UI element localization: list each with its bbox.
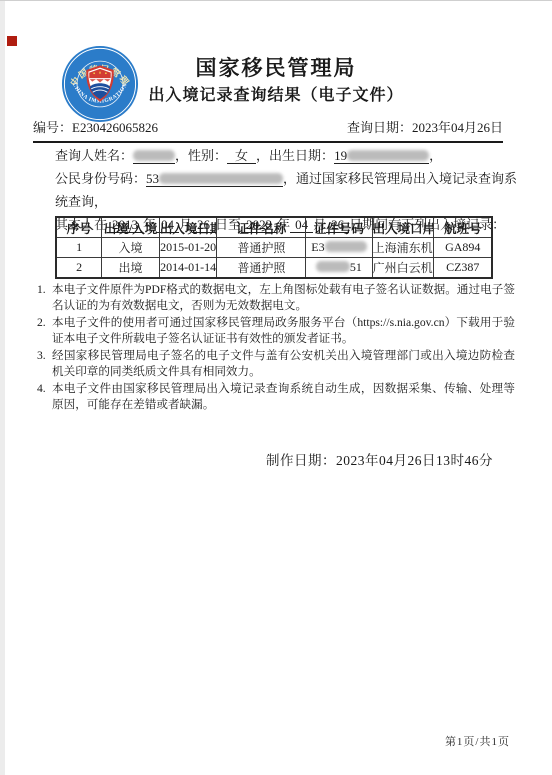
birth-redaction-blur bbox=[347, 150, 429, 161]
doc-number-value: E230426065826 bbox=[72, 120, 158, 135]
query-date-value: 2023年04月26日 bbox=[412, 120, 503, 135]
doc-no-partial-2: 51 bbox=[350, 260, 362, 274]
doc-no-redaction-1 bbox=[325, 241, 367, 252]
legal-notes: 1. 本电子文件原件为PDF格式的数据电文，左上角图标处载有电子签名认证数据。通… bbox=[37, 282, 515, 414]
query-date-label: 查询日期： bbox=[347, 120, 412, 135]
person-line-2: 公民身份号码：53，通过国家移民管理局出入境记录查询系统查询， bbox=[55, 167, 525, 213]
document-page: 中国移民管理 CHINA IMMIGRATION 国家移民管理局 出入境记录查询… bbox=[0, 0, 552, 775]
doc-number-label: 编号： bbox=[33, 120, 72, 135]
person-line-1: 查询人姓名：，性别：女，出生日期：19， bbox=[55, 144, 525, 167]
query-date: 查询日期：2023年04月26日 bbox=[347, 117, 503, 136]
cell-doc-2: 普通护照 bbox=[217, 258, 306, 279]
note-item-4: 4. 本电子文件由国家移民管理局出入境记录查询系统自动生成，因数据采集、传输、处… bbox=[37, 381, 515, 413]
cell-flight-1: GA894 bbox=[434, 238, 492, 258]
cell-seq-1: 1 bbox=[56, 238, 102, 258]
cell-direction-2: 出境 bbox=[102, 258, 160, 279]
note-item-1: 1. 本电子文件原件为PDF格式的数据电文，左上角图标处载有电子签名认证数据。通… bbox=[37, 282, 515, 314]
agency-title: 国家移民管理局 bbox=[0, 52, 552, 82]
col-date: 出入境日期 bbox=[159, 217, 217, 238]
col-flight: 航班号 bbox=[434, 217, 492, 238]
page-left-edge bbox=[0, 0, 5, 775]
name-label: 查询人姓名： bbox=[55, 148, 133, 163]
meta-row: 编号：E230426065826 查询日期：2023年04月26日 bbox=[33, 117, 503, 143]
name-redaction-blur bbox=[133, 150, 175, 161]
col-seq: 序号 bbox=[56, 217, 102, 238]
page-top-edge bbox=[0, 0, 552, 1]
cell-direction-1: 入境 bbox=[102, 238, 160, 258]
cell-doc-no-2: 51 bbox=[306, 258, 372, 279]
cell-doc-no-1: E3 bbox=[306, 238, 372, 258]
cell-date-2: 2014-01-14 bbox=[159, 258, 217, 279]
doc-no-redaction-2 bbox=[316, 261, 350, 272]
cell-port-1: 上海浦东机场 bbox=[372, 238, 434, 258]
note-number: 3. bbox=[37, 348, 52, 380]
id-label: 公民身份号码： bbox=[55, 171, 146, 186]
table-row: 2 出境 2014-01-14 普通护照 51 广州白云机场 CZ387 bbox=[56, 258, 492, 279]
note-number: 4. bbox=[37, 381, 52, 413]
note-number: 1. bbox=[37, 282, 52, 314]
note-item-2: 2. 本电子文件的使用者可通过国家移民管理局政务服务平台（https://s.n… bbox=[37, 315, 515, 347]
cell-doc-1: 普通护照 bbox=[217, 238, 306, 258]
col-direction: 出境/入境 bbox=[102, 217, 160, 238]
note-text: 经国家移民管理局电子签名的电子文件与盖有公安机关出入境管理部门或出入境边防检查机… bbox=[52, 348, 515, 380]
document-subtitle: 出入境记录查询结果（电子文件） bbox=[0, 82, 552, 105]
production-date: 制作日期：2023年04月26日13时46分 bbox=[266, 449, 493, 469]
table-row: 1 入境 2015-01-20 普通护照 E3 上海浦东机场 GA894 bbox=[56, 238, 492, 258]
doc-number: 编号：E230426065826 bbox=[33, 117, 158, 136]
gender-label: ，性别： bbox=[175, 148, 227, 163]
line1-comma: ， bbox=[429, 148, 442, 163]
note-text: 本电子文件原件为PDF格式的数据电文，左上角图标处载有电子签名认证数据。通过电子… bbox=[52, 282, 515, 314]
note-text: 本电子文件由国家移民管理局出入境记录查询系统自动生成，因数据采集、传输、处理等原… bbox=[52, 381, 515, 413]
cell-port-2: 广州白云机场 bbox=[372, 258, 434, 279]
cell-flight-2: CZ387 bbox=[434, 258, 492, 279]
id-field-redacted: 53 bbox=[146, 171, 283, 187]
col-doc-no: 证件号码 bbox=[306, 217, 372, 238]
cell-seq-2: 2 bbox=[56, 258, 102, 279]
production-date-value: 2023年04月26日13时46分 bbox=[336, 453, 493, 468]
production-date-label: 制作日期： bbox=[266, 453, 336, 468]
col-doc-name: 证件名称 bbox=[217, 217, 306, 238]
note-text: 本电子文件的使用者可通过国家移民管理局政务服务平台（https://s.nia.… bbox=[52, 315, 515, 347]
gender-field: 女 bbox=[227, 148, 256, 164]
cell-date-1: 2015-01-20 bbox=[159, 238, 217, 258]
name-field-redacted bbox=[133, 148, 175, 164]
doc-no-partial-1: E3 bbox=[311, 240, 324, 254]
note-number: 2. bbox=[37, 315, 52, 347]
page-number: 第1页/共1页 bbox=[445, 733, 510, 749]
birth-label: ，出生日期： bbox=[256, 148, 334, 163]
table-header-row: 序号 出境/入境 出入境日期 证件名称 证件号码 出入境口岸 航班号 bbox=[56, 217, 492, 238]
birth-partial-text: 19 bbox=[334, 148, 347, 163]
esignature-seal-icon[interactable] bbox=[7, 36, 17, 46]
entry-exit-records-table: 序号 出境/入境 出入境日期 证件名称 证件号码 出入境口岸 航班号 1 入境 … bbox=[55, 216, 493, 279]
id-redaction-blur bbox=[159, 173, 283, 184]
birth-field-redacted: 19 bbox=[334, 148, 429, 164]
col-port: 出入境口岸 bbox=[372, 217, 434, 238]
id-partial-text: 53 bbox=[146, 171, 159, 186]
note-item-3: 3. 经国家移民管理局电子签名的电子文件与盖有公安机关出入境管理部门或出入境边防… bbox=[37, 348, 515, 380]
